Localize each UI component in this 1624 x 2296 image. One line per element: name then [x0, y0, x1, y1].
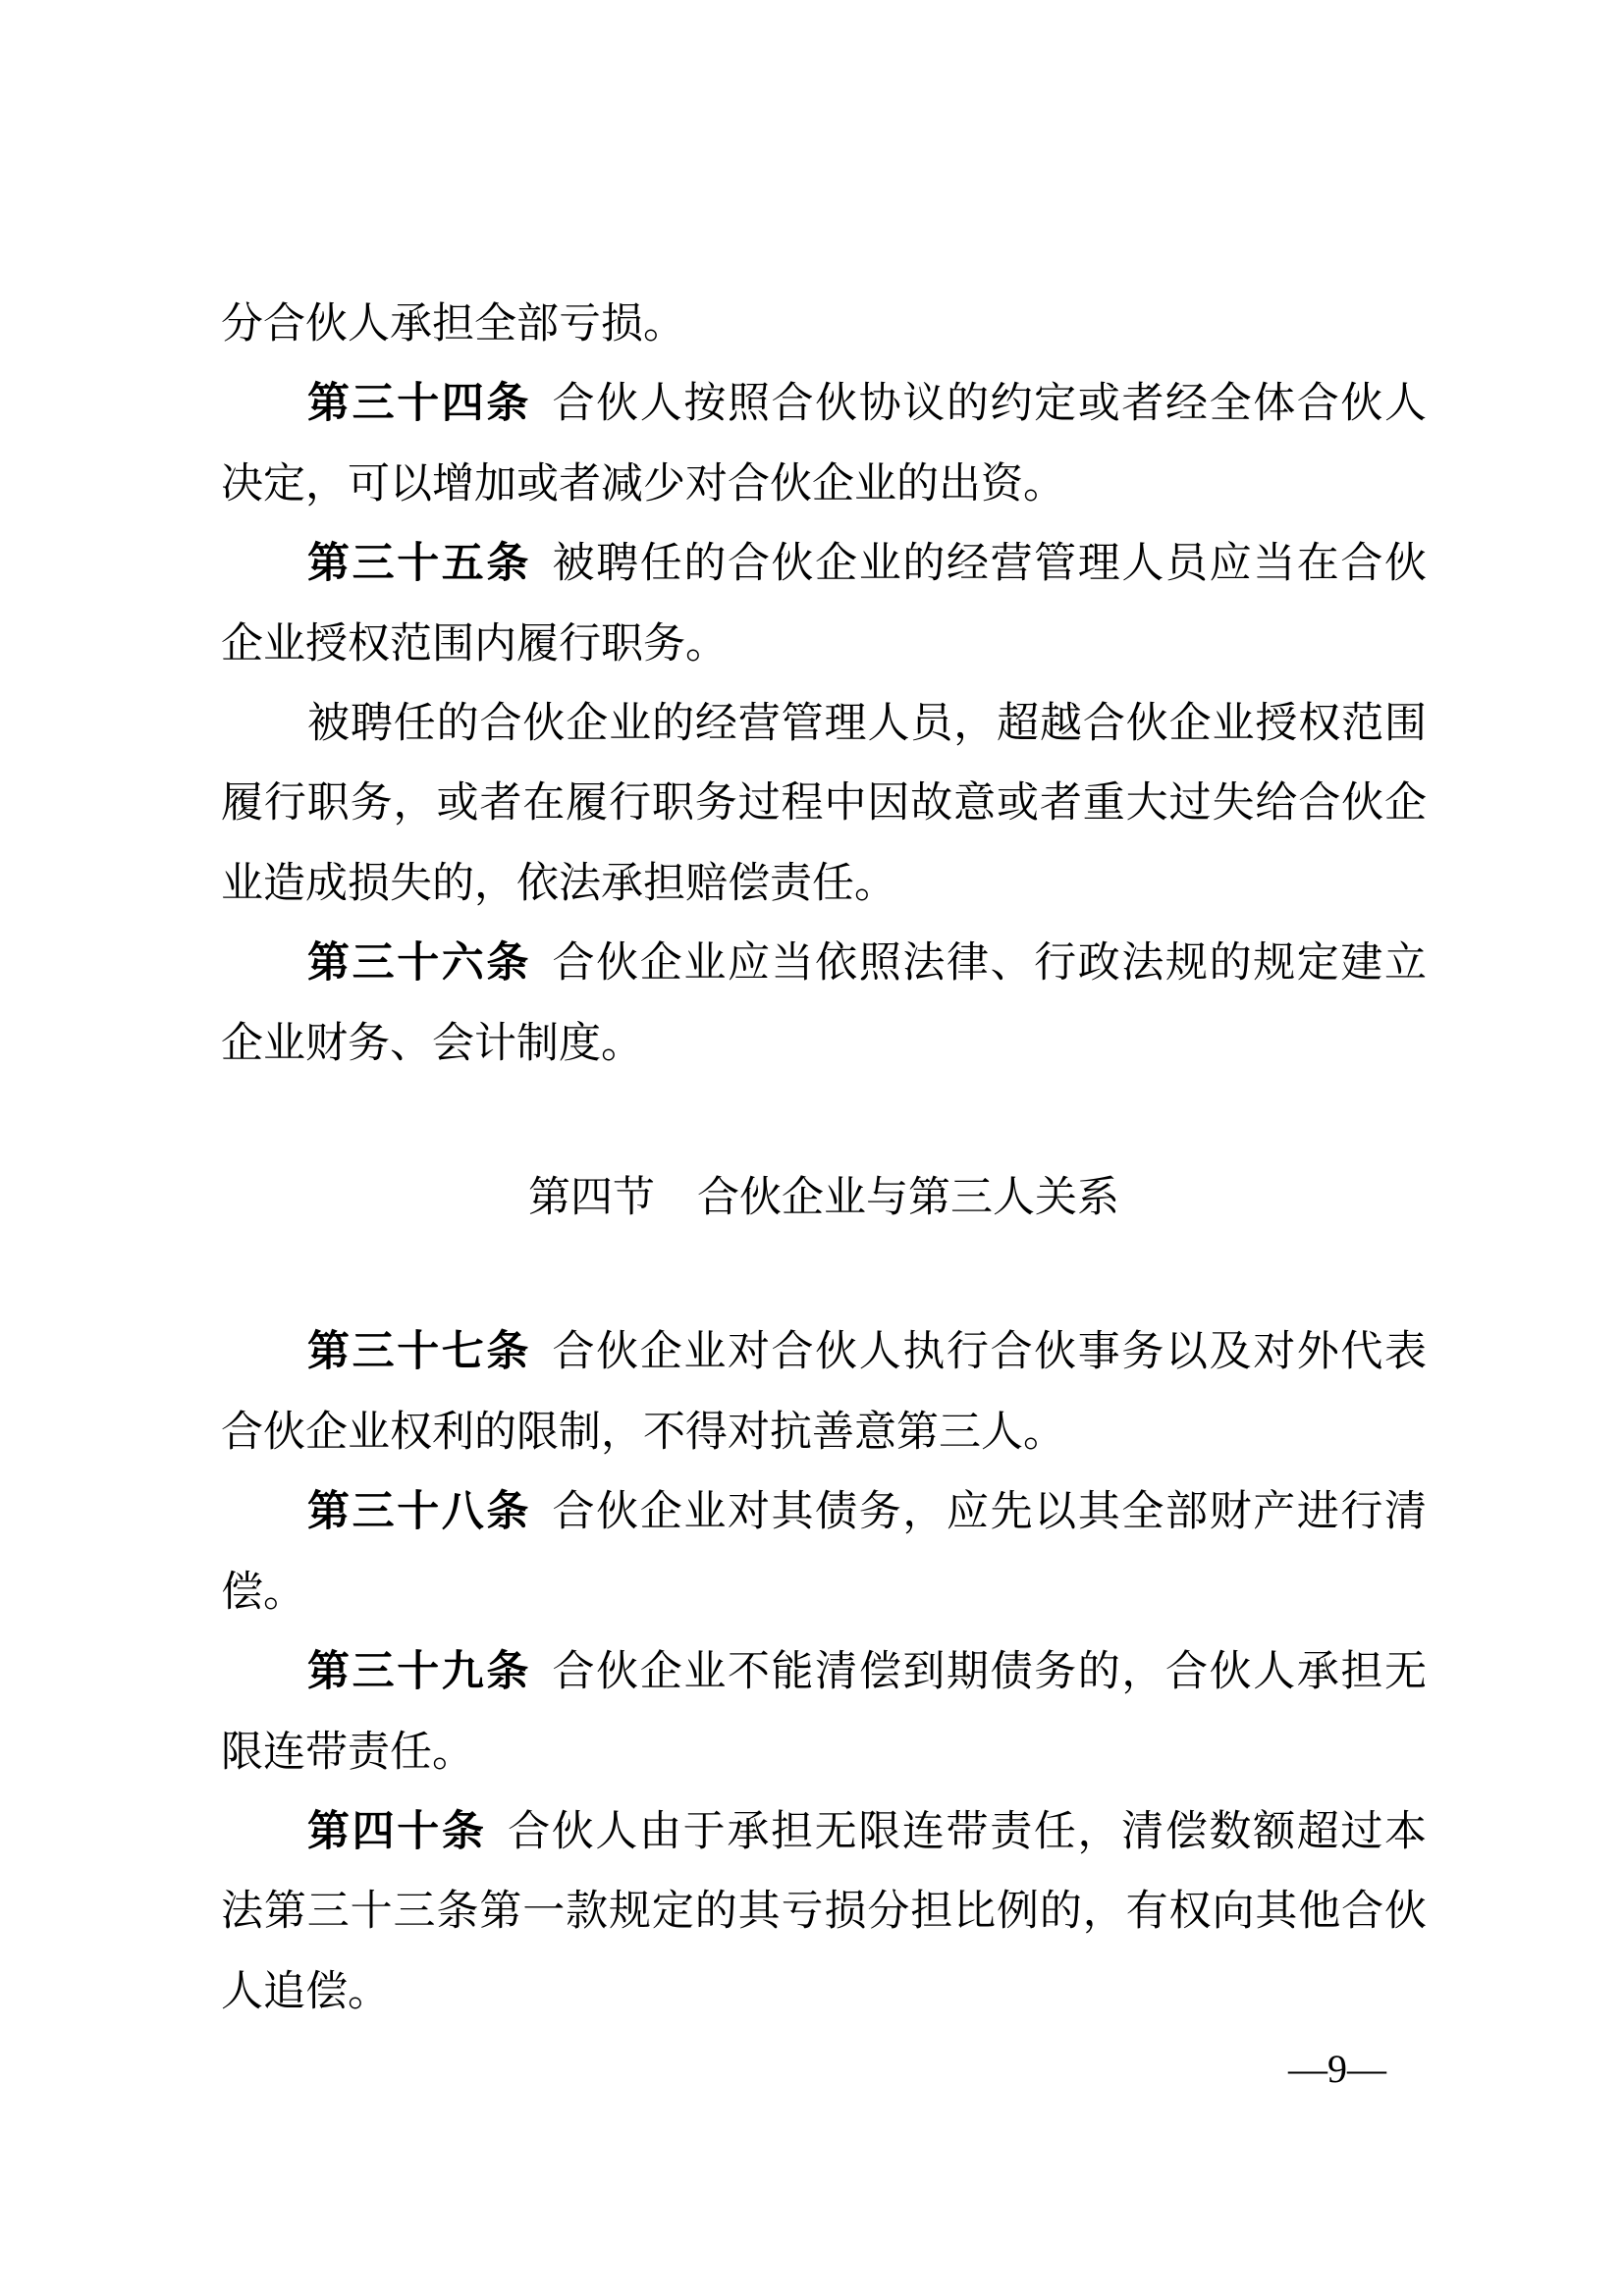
article-40-number: 第四十条: [307, 1808, 487, 1855]
article-35-number: 第三十五条: [307, 540, 531, 587]
article-38-number: 第三十八条: [307, 1488, 531, 1535]
article-36-number: 第三十六条: [307, 939, 531, 987]
paragraph-article-40: 第四十条合伙人由于承担无限连带责任，清偿数额超过本法第三十三条第一款规定的其亏损…: [221, 1792, 1427, 2032]
document-body: 分合伙人承担全部亏损。 第三十四条合伙人按照合伙协议的约定或者经全体合伙人决定，…: [221, 285, 1427, 2032]
article-37-number: 第三十七条: [307, 1328, 531, 1375]
paragraph-article-33-continuation: 分合伙人承担全部亏损。: [221, 285, 1427, 364]
document-page: 分合伙人承担全部亏损。 第三十四条合伙人按照合伙协议的约定或者经全体合伙人决定，…: [0, 0, 1624, 2296]
paragraph-article-34: 第三十四条合伙人按照合伙协议的约定或者经全体合伙人决定，可以增加或者减少对合伙企…: [221, 364, 1427, 524]
paragraph-article-39: 第三十九条合伙企业不能清偿到期债务的，合伙人承担无限连带责任。: [221, 1632, 1427, 1792]
paragraph-article-38: 第三十八条合伙企业对其债务，应先以其全部财产进行清偿。: [221, 1472, 1427, 1632]
section-heading-title: 合伙企业与第三人关系: [697, 1175, 1119, 1221]
paragraph-article-35: 第三十五条被聘任的合伙企业的经营管理人员应当在合伙企业授权范围内履行职务。: [221, 524, 1427, 684]
paragraph-article-37: 第三十七条合伙企业对合伙人执行合伙事务以及对外代表合伙企业权利的限制，不得对抗善…: [221, 1312, 1427, 1472]
article-39-number: 第三十九条: [307, 1648, 531, 1695]
section-heading: 第四节合伙企业与第三人关系: [221, 1158, 1427, 1238]
page-number: —9—: [1288, 2050, 1386, 2089]
section-heading-number: 第四节: [528, 1175, 655, 1221]
article-34-number: 第三十四条: [307, 380, 531, 427]
paragraph-article-36: 第三十六条合伙企业应当依照法律、行政法规的规定建立企业财务、会计制度。: [221, 924, 1427, 1084]
paragraph-article-35-clause-2: 被聘任的合伙企业的经营管理人员，超越合伙企业授权范围履行职务，或者在履行职务过程…: [221, 684, 1427, 924]
